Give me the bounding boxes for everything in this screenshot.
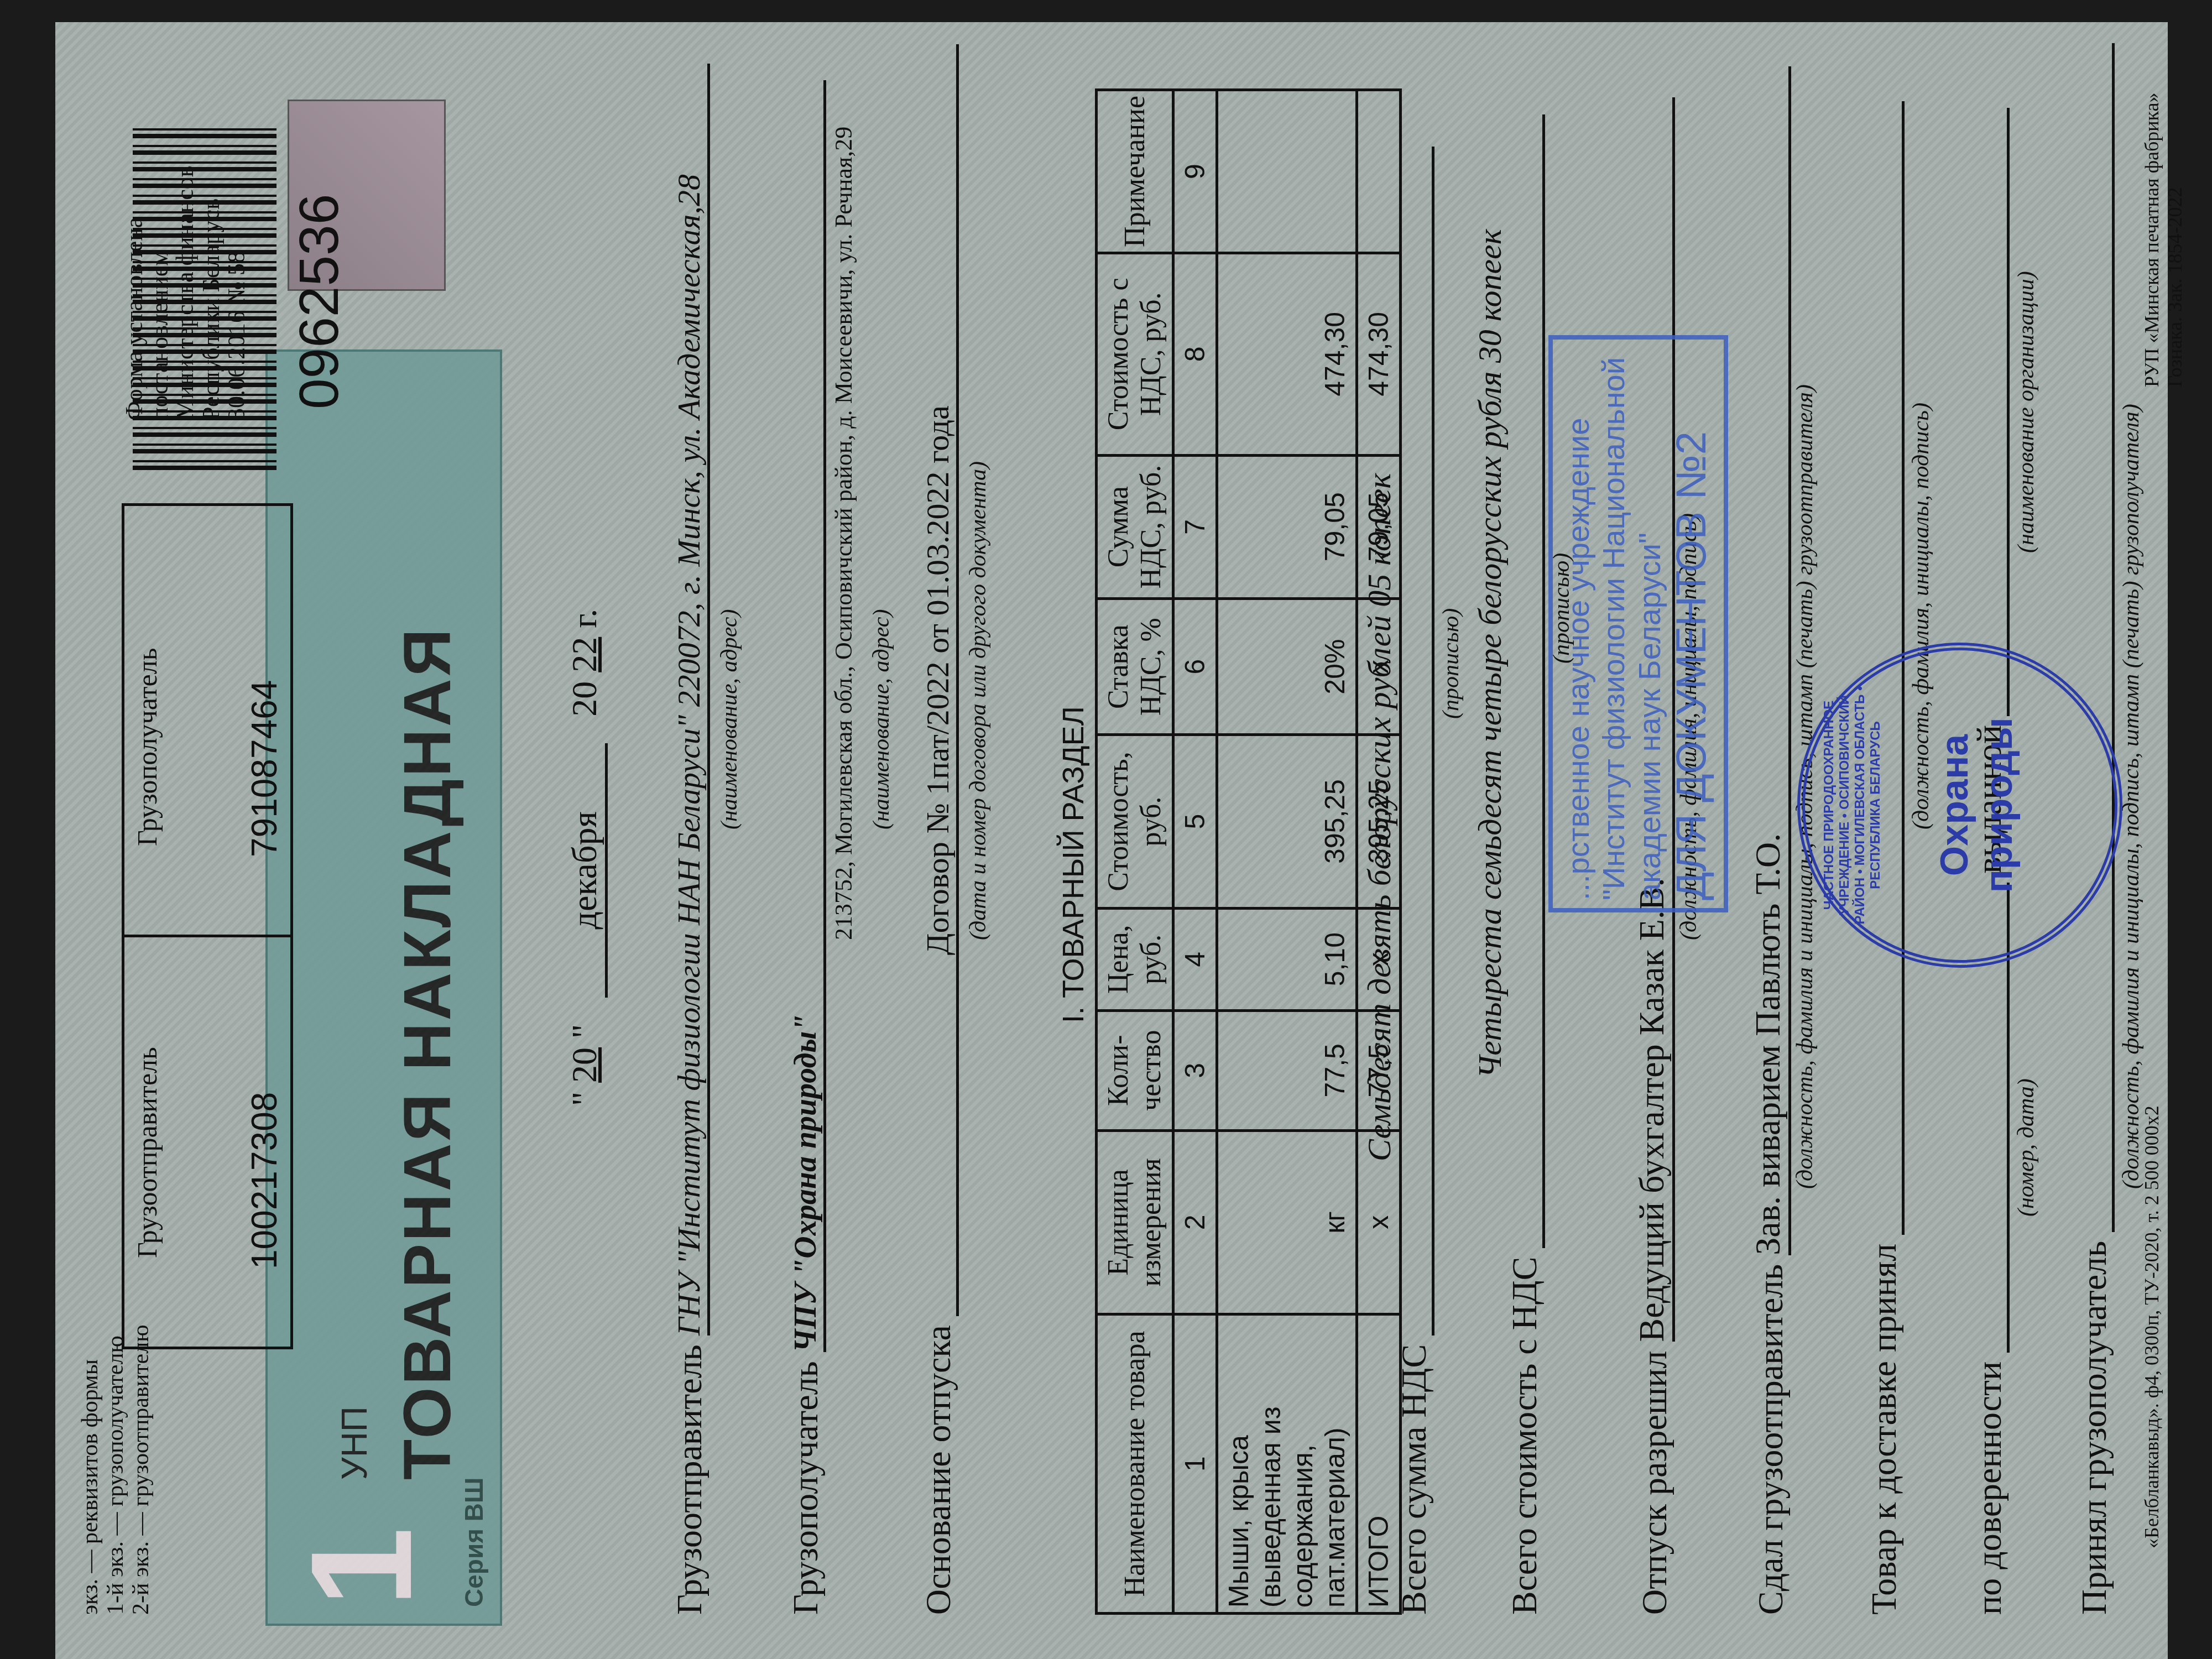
grand-total-label: Всего стоимость с НДС <box>1505 1257 1544 1615</box>
col-header: Коли-чество <box>1097 1010 1173 1130</box>
proxy-label: по доверенности <box>1969 1361 2008 1615</box>
seal-center-text: Охрана природы <box>1932 650 2021 960</box>
grand-total-words: Четыреста семьдесят четыре белорусских р… <box>1471 229 1509 1078</box>
cell-cost-with-vat: 474,30 <box>1217 253 1357 455</box>
stamp-line: академии наук Беларуси" <box>1632 347 1667 900</box>
col-number: 6 <box>1173 598 1217 735</box>
vat-total-field: Всего сумма НДС <box>1394 147 1434 1615</box>
shipper-hint: (наименование, адрес) <box>716 609 743 830</box>
seal-ring-text: ЧАСТНОЕ ПРИРОДООХРАННОЕ УЧРЕЖДЕНИЕ • ОСИ… <box>1822 672 1884 938</box>
cell-price: 5,10 <box>1217 908 1357 1010</box>
received-label: Принял грузополучатель <box>2074 1241 2114 1615</box>
consignee-name: ЧПУ "Охрана природы" <box>788 80 826 1352</box>
vat-total-hint: (прописью) <box>1438 608 1464 719</box>
cell-quantity: 77,5 <box>1217 1010 1357 1130</box>
cell-note <box>1217 90 1357 253</box>
vat-total-words: Семьдесят девять белорусских рублей 05 к… <box>1360 473 1399 1161</box>
copy-note-3: 2-й экз. — грузоотправителю <box>128 1324 154 1615</box>
col-header: Ставка НДС, % <box>1097 598 1173 735</box>
shipper-unp-value: 100217308 <box>244 1092 285 1269</box>
serial-number: 0962536 <box>288 194 351 409</box>
consignee-hint: (наименование, адрес) <box>868 609 895 830</box>
shipper-field: Грузоотправитель ГНУ "Институт физиологи… <box>669 64 710 1615</box>
col-number: 9 <box>1173 90 1217 253</box>
printer-footer: РУП «Минская печатная фабрика» Гознака. … <box>2140 22 2187 387</box>
handed-over-field: Сдал грузоотправитель Зав. виварием Павл… <box>1747 66 1791 1615</box>
col-number: 4 <box>1173 908 1217 1010</box>
document-title: ТОВАРНАЯ НАКЛАДНАЯ <box>389 627 466 1480</box>
round-seal-stamp: ЧАСТНОЕ ПРИРОДООХРАННОЕ УЧРЕЖДЕНИЕ • ОСИ… <box>1797 643 2122 968</box>
title-band: 1 Серия ВШ УНП ТОВАРНАЯ НАКЛАДНАЯ <box>265 349 502 1626</box>
col-number: 5 <box>1173 735 1217 908</box>
table-row: Мыши, крыса (выведенная из содержания, п… <box>1217 90 1357 1614</box>
proxy-hint-right: (наименование организации) <box>2013 271 2039 553</box>
cell-vat-amount: 79,05 <box>1217 455 1357 598</box>
consignee-label: Грузополучатель <box>786 1361 825 1615</box>
col-number: 8 <box>1173 253 1217 455</box>
printer-footer-2: «Белбланкавыд». ф4, 0300п, ТУ-2020, т. 2… <box>2140 1105 2163 1548</box>
copy-note-2: 1-й экз. — грузополучателю <box>103 1324 128 1615</box>
date-year: 22 <box>565 637 604 672</box>
col-header: Стоимость с НДС, руб. <box>1097 253 1173 455</box>
date-month: декабря <box>564 743 608 998</box>
col-header: Стоимость, руб. <box>1097 735 1173 908</box>
copy-note-1: экз. — реквизитов формы <box>77 1324 103 1615</box>
proxy-hint-left: (номер, дата) <box>2013 1078 2039 1217</box>
release-allowed-label: Отпуск разрешил <box>1635 1351 1674 1615</box>
consignee-unp-value: 791087464 <box>244 680 285 857</box>
col-header: Сумма НДС, руб. <box>1097 455 1173 598</box>
handed-over-value: Зав. виварием Павлють Т.О. <box>1747 66 1791 1255</box>
stamp-line: ДЛЯ ДОКУМЕНТОВ №2 <box>1667 347 1715 900</box>
vat-total-label: Всего сумма НДС <box>1394 1344 1433 1615</box>
col-number: 7 <box>1173 455 1217 598</box>
date-suffix: г. <box>565 609 604 628</box>
consignee-address: 213752, Могилевская обл., Осиповичский р… <box>830 127 858 940</box>
cell-cost: 395,25 <box>1217 735 1357 908</box>
goods-section-title: I. ТОВАРНЫЙ РАЗДЕЛ <box>1056 706 1091 1023</box>
cell-vat-rate: 20% <box>1217 598 1357 735</box>
column-number-row: 1 2 3 4 5 6 7 8 9 <box>1173 90 1217 1614</box>
col-number: 2 <box>1173 1130 1217 1314</box>
shipper-value: ГНУ "Институт физиологии НАН Беларуси" 2… <box>670 64 710 1335</box>
shipper-unp-label: Грузоотправитель <box>131 1047 163 1258</box>
stamp-line: "Институт физиологии Национальной <box>1596 347 1631 900</box>
cell-unit: кг <box>1217 1130 1357 1314</box>
shipper-label: Грузоотправитель <box>670 1344 709 1615</box>
goods-table: Наименование товара Единица измерения Ко… <box>1095 88 1402 1615</box>
shipper-unp-cell: Грузоотправитель 100217308 <box>124 935 290 1347</box>
col-header: Наименование товара <box>1097 1314 1173 1614</box>
basis-field: Основание отпуска Договор № 1пат/2022 от… <box>918 44 959 1615</box>
basis-label: Основание отпуска <box>919 1325 958 1615</box>
accepted-label: Товар к доставке принял <box>1864 1244 1903 1615</box>
col-number: 3 <box>1173 1010 1217 1130</box>
document-date: " 20 " декабря 20 22 г. <box>564 609 608 1106</box>
received-line <box>2112 43 2115 1232</box>
unp-label: УНП <box>334 1406 375 1480</box>
basis-hint: (дата и номер договора или другого докум… <box>965 461 992 940</box>
handed-over-label: Сдал грузоотправитель <box>1751 1264 1790 1615</box>
date-day: 20 <box>565 1047 604 1083</box>
vat-total-line <box>1432 147 1434 1335</box>
cell-item-name: Мыши, крыса (выведенная из содержания, п… <box>1217 1314 1357 1614</box>
grand-total-field: Всего стоимость с НДС <box>1504 114 1545 1615</box>
col-header: Цена, руб. <box>1097 908 1173 1010</box>
date-year-prefix: 20 <box>565 681 604 717</box>
stamp-line: ...рственное научное учреждение <box>1561 347 1596 900</box>
series-label: Серия ВШ <box>459 1478 489 1607</box>
copy-number: 1 <box>290 1527 434 1607</box>
barcode-icon <box>133 127 276 470</box>
grand-total-line <box>1542 114 1545 1248</box>
proxy-org-line <box>2007 108 2010 716</box>
waybill-document: экз. — реквизитов формы 1-й экз. — грузо… <box>55 22 2168 1659</box>
table-header-row: Наименование товара Единица измерения Ко… <box>1097 90 1173 1614</box>
col-header: Примечание <box>1097 90 1173 253</box>
consignee-unp-cell: Грузополучатель 791087464 <box>124 509 290 935</box>
unp-box: Грузоотправитель 100217308 Грузополучате… <box>122 503 293 1349</box>
col-header: Единица измерения <box>1097 1130 1173 1314</box>
col-number: 1 <box>1173 1314 1217 1614</box>
basis-value: Договор № 1пат/2022 от 01.03.2022 года <box>919 44 959 1316</box>
institute-rect-stamp: ...рственное научное учреждение "Институ… <box>1548 335 1728 912</box>
consignee-field: Грузополучатель ЧПУ "Охрана природы" <box>785 80 826 1615</box>
consignee-unp-label: Грузополучатель <box>131 648 163 846</box>
copy-distribution-notes: экз. — реквизитов формы 1-й экз. — грузо… <box>77 1324 154 1615</box>
